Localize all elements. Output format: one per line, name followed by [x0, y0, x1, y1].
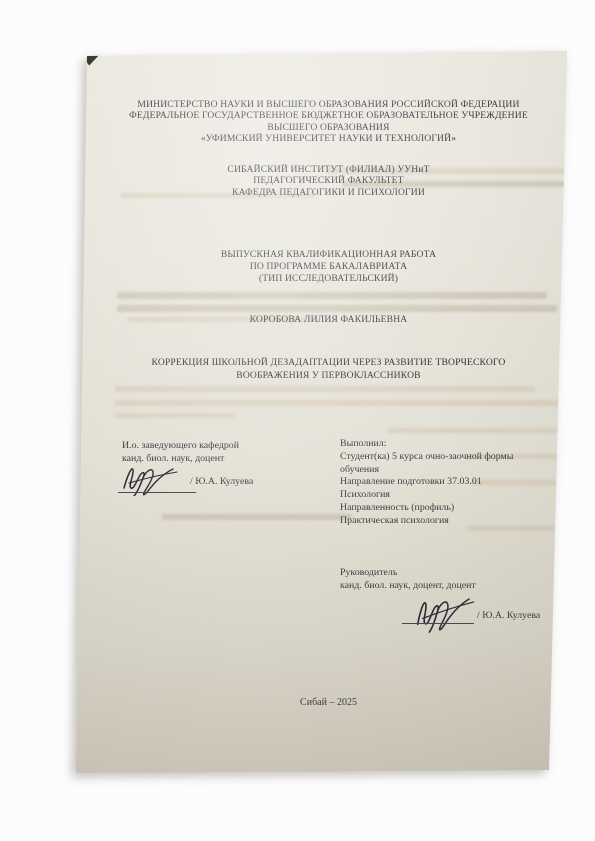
page-content: МИНИСТЕРСТВО НАУКИ И ВЫСШЕГО ОБРАЗОВАНИЯ… — [87, 56, 570, 770]
performer-line: Студент(ка) 5 курса очно-заочной формы — [340, 451, 555, 464]
performer-label: Выполнил: — [340, 438, 555, 451]
supervisor-block: Руководитель канд. биол. наук, доцент, д… — [340, 566, 555, 592]
city-year: Сибай – 2025 — [87, 697, 570, 708]
approver-signature-name: / Ю.А. Кулуева — [190, 476, 253, 487]
supervisor-signature-name: / Ю.А. Кулуева — [477, 610, 540, 621]
approver-signature — [117, 460, 183, 496]
title-page: МИНИСТЕРСТВО НАУКИ И ВЫСШЕГО ОБРАЗОВАНИЯ… — [0, 0, 595, 841]
work-type-line: ПО ПРОГРАММЕ БАКАЛАВРИАТА — [87, 261, 570, 273]
work-type-header: ВЫПУСКНАЯ КВАЛИФИКАЦИОННАЯ РАБОТА ПО ПРО… — [87, 249, 570, 285]
signature-line — [402, 623, 474, 624]
photographed-document: МИНИСТЕРСТВО НАУКИ И ВЫСШЕГО ОБРАЗОВАНИЯ… — [0, 0, 595, 841]
thesis-title-line: ВООБРАЖЕНИЯ У ПЕРВОКЛАССНИКОВ — [87, 370, 570, 383]
supervisor-label: Руководитель — [340, 566, 555, 579]
signature-line — [118, 492, 196, 493]
author-name: КОРОБОВА ЛИЛИЯ ФАКИЛЬЕВНА — [87, 314, 570, 325]
ministry-line: МИНИСТЕРСТВО НАУКИ И ВЫСШЕГО ОБРАЗОВАНИЯ… — [87, 99, 570, 110]
work-type-line: (ТИП ИССЛЕДОВАТЕЛЬСКИЙ) — [87, 273, 570, 285]
institute-header: СИБАЙСКИЙ ИНСТИТУТ (ФИЛИАЛ) УУНиТ ПЕДАГО… — [87, 164, 570, 198]
city-year-text: Сибай – 2025 — [300, 697, 357, 708]
ministry-line: ФЕДЕРАЛЬНОЕ ГОСУДАРСТВЕННОЕ БЮДЖЕТНОЕ ОБ… — [87, 110, 570, 121]
ministry-header: МИНИСТЕРСТВО НАУКИ И ВЫСШЕГО ОБРАЗОВАНИЯ… — [87, 99, 570, 145]
work-type-line: ВЫПУСКНАЯ КВАЛИФИКАЦИОННАЯ РАБОТА — [87, 249, 570, 261]
approver-position: И.о. заведующего кафедрой — [122, 439, 322, 452]
performer-line: обучения — [340, 464, 555, 477]
ministry-line: «УФИМСКИЙ УНИВЕРСИТЕТ НАУКИ И ТЕХНОЛОГИЙ… — [87, 133, 570, 144]
performer-line: Практическая психология — [340, 515, 555, 528]
thesis-title-line: КОРРЕКЦИЯ ШКОЛЬНОЙ ДЕЗАДАПТАЦИИ ЧЕРЕЗ РА… — [87, 357, 570, 370]
performer-line: Психология — [340, 489, 555, 502]
ministry-line: ВЫСШЕГО ОБРАЗОВАНИЯ — [87, 122, 570, 133]
thesis-title: КОРРЕКЦИЯ ШКОЛЬНОЙ ДЕЗАДАПТАЦИИ ЧЕРЕЗ РА… — [87, 357, 570, 382]
supervisor-signature — [407, 587, 482, 635]
institute-line: КАФЕДРА ПЕДАГОГИКИ И ПСИХОЛОГИИ — [87, 187, 570, 198]
paper-shadow-wrap: МИНИСТЕРСТВО НАУКИ И ВЫСШЕГО ОБРАЗОВАНИЯ… — [0, 0, 595, 841]
performer-block: Выполнил: Студент(ка) 5 курса очно-заочн… — [340, 438, 555, 528]
author-name-text: КОРОБОВА ЛИЛИЯ ФАКИЛЬЕВНА — [87, 314, 570, 325]
institute-line: СИБАЙСКИЙ ИНСТИТУТ (ФИЛИАЛ) УУНиТ — [87, 164, 570, 175]
performer-line: Направленность (профиль) — [340, 502, 555, 515]
institute-line: ПЕДАГОГИЧЕСКИЙ ФАКУЛЬТЕТ — [87, 175, 570, 186]
performer-line: Направление подготовки 37.03.01 — [340, 476, 555, 489]
